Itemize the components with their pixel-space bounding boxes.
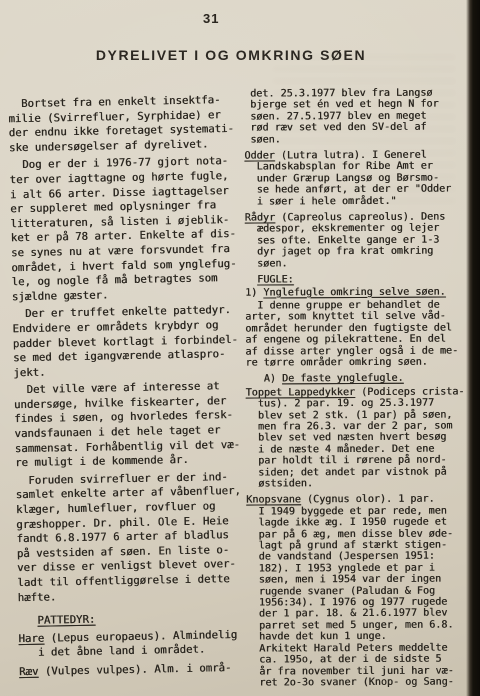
para-block: det. 25.3.1977 blev fra Langsø bjerge se… — [244, 87, 470, 145]
subheading-block: A) De faste ynglefugle. — [245, 373, 471, 386]
right-column: det. 25.3.1977 blev fra Langsø bjerge se… — [244, 87, 473, 693]
subheading-text: De faste ynglefugle. — [282, 373, 404, 385]
species-text: (Lepus europaeus). Almindelig i det åbne… — [19, 628, 238, 660]
paragraph-text: Foruden svirrefluer er der ind- samlet e… — [15, 470, 241, 604]
species-name: Knopsvane — [246, 495, 301, 506]
paragraph-text: Der er truffet enkelte pattedyr. Endvide… — [12, 303, 238, 379]
paragraph-text: Dog er der i 1976-77 gjort nota- ter ove… — [9, 154, 236, 303]
para-block: Der er truffet enkelte pattedyr. Endvide… — [12, 303, 247, 380]
para-block: Dog er der i 1976-77 gjort nota- ter ove… — [9, 154, 246, 304]
subheading-prefix: 1) — [245, 287, 263, 298]
left-column: Bortset fra en enkelt insektfa- milie (S… — [8, 93, 253, 684]
para-block: Foruden svirrefluer er der ind- samlet e… — [15, 470, 251, 606]
section-heading-text: PATTEDYR: — [37, 613, 95, 627]
species-entry: Ræv (Vulpes vulpes). Alm. i områ- — [19, 661, 253, 680]
species-name: Rådyr — [245, 212, 275, 223]
species-name: Odder — [244, 150, 274, 161]
species-entry: Toppet Lappedykker (Podiceps crista- tus… — [246, 386, 473, 490]
species-entry: Odder (Lutra lutra). I Generel Landskabs… — [244, 149, 470, 207]
page-title: DYRELIVET I OG OMKRING SØEN — [0, 47, 462, 63]
scanned-page: 31 DYRELIVET I OG OMKRING SØEN Bortset f… — [0, 0, 480, 696]
para-block: I denne gruppe er behandlet de arter, so… — [245, 299, 471, 369]
heading-block: FUGLE: — [245, 273, 471, 286]
subheading-prefix: A) — [264, 374, 282, 385]
species-entry: Rådyr (Capreolus capreolus). Dens ædespo… — [245, 211, 471, 269]
para-block: Det ville være af interesse at undersøge… — [14, 379, 250, 471]
species-text: (Cygnus olor). 1 par. I 1949 byggede et … — [246, 494, 454, 688]
paragraph-text: I denne gruppe er behandlet de arter, so… — [245, 299, 458, 368]
section-heading-text: FUGLE: — [257, 274, 294, 285]
species-text: (Lutra lutra). I Generel Landskabsplan f… — [244, 150, 451, 208]
subheading-text: Ynglefugle omkring selve søen. — [263, 286, 445, 298]
species-name: Hare — [18, 631, 44, 644]
species-text: (Vulpes vulpes). Alm. i områ- — [38, 661, 231, 678]
paragraph-text: det. 25.3.1977 blev fra Langsø bjerge se… — [250, 88, 439, 146]
species-name: Toppet Lappedykker — [246, 387, 355, 399]
page-number: 31 — [203, 11, 219, 26]
species-text: (Podiceps crista- tus). 2 par. 19. og 25… — [246, 386, 465, 489]
paragraph-text: Bortset fra en enkelt insektfa- milie (S… — [8, 93, 234, 154]
subheading-block: 1) Ynglefugle omkring selve søen. — [245, 286, 471, 299]
species-name: Ræv — [19, 665, 39, 678]
species-text: (Capreolus capreolus). Dens ædespor, eks… — [245, 212, 446, 270]
species-entry: Knopsvane (Cygnus olor). 1 par. I 1949 b… — [246, 494, 473, 689]
species-entry: Hare (Lepus europaeus). Almindelig i det… — [18, 627, 253, 661]
para-block: Bortset fra en enkelt insektfa- milie (S… — [8, 93, 243, 156]
heading-block: PATTEDYR: — [18, 610, 252, 629]
scan-dark-edge — [466, 0, 480, 696]
paragraph-text: Det ville være af interesse at undersøge… — [14, 380, 241, 470]
